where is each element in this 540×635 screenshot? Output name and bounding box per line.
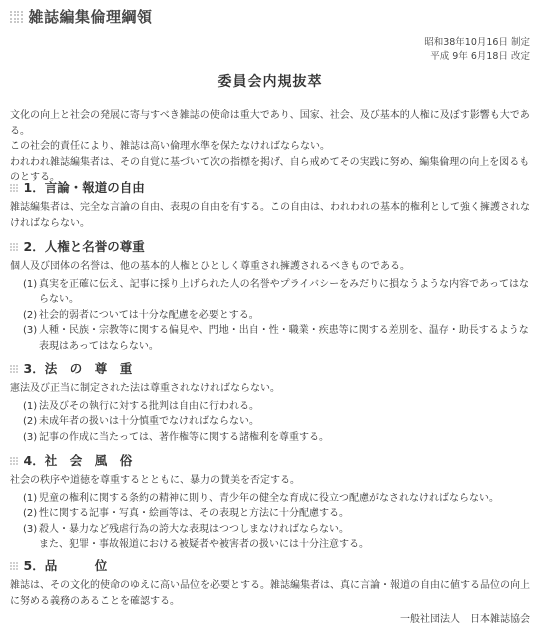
section-body: 個人及び団体の名誉は、他の基本的人権とひとしく尊重され擁護されるべきものである。 — [10, 259, 530, 275]
dotted-grid-icon — [10, 184, 18, 192]
page-title: 雑誌編集倫理綱領 — [29, 9, 153, 25]
section-5: 5．品 位 雑誌は、その文化的使命のゆえに高い品位を必要とする。雑誌編集者は、真… — [10, 556, 530, 609]
item-number: (1) — [23, 399, 39, 415]
item-text: 児童の権利に関する条約の精神に則り、青少年の健全な育成に役立つ配慮がなされなけれ… — [39, 491, 530, 507]
list-item: (3) 人種・民族・宗教等に関する偏見や、門地・出自・性・職業・疾患等に関する差… — [23, 323, 530, 354]
section-title: 4．社 会 風 俗 — [24, 453, 133, 469]
dotted-grid-icon — [10, 562, 18, 570]
intro-line: 文化の向上と社会の発展に寄与すべき雑誌の使命は重大であり、国家、社会、及び基本的… — [10, 108, 530, 139]
section-body: 憲法及び正当に制定された法は尊重されなければならない。 — [10, 381, 530, 397]
item-number: (2) — [23, 506, 39, 522]
intro-line: この社会的責任により、雑誌は高い倫理水準を保たなければならない。 — [10, 139, 530, 155]
dotted-grid-icon — [10, 243, 18, 251]
revised-date: 平成 9年 6月18日 改定 — [424, 50, 530, 64]
dotted-grid-icon — [10, 11, 23, 24]
item-number: (1) — [23, 277, 39, 308]
item-text: 法及びその執行に対する批判は自由に行われる。 — [39, 399, 530, 415]
subtitle: 委員会内規抜萃 — [0, 74, 540, 90]
list-item: (1) 児童の権利に関する条約の精神に則り、青少年の健全な育成に役立つ配慮がなさ… — [23, 491, 530, 507]
item-text: 真実を正確に伝え、記事に採り上げられた人の名誉やプライバシーをみだりに損なうよう… — [39, 277, 530, 308]
section-1: 1．言論・報道の自由 雑誌編集者は、完全な言論の自由、表現の自由を有する。この自… — [10, 178, 530, 231]
dates-block: 昭和38年10月16日 制定 平成 9年 6月18日 改定 — [424, 36, 530, 64]
item-text: 記事の作成に当たっては、著作権等に関する諸権利を尊重する。 — [39, 430, 530, 446]
section-title: 1．言論・報道の自由 — [24, 180, 145, 196]
item-number: (2) — [23, 414, 39, 430]
item-list: (1) 真実を正確に伝え、記事に採り上げられた人の名誉やプライバシーをみだりに損… — [10, 277, 530, 355]
item-text: 性に関する記事・写真・絵画等は、その表現と方法に十分配慮する。 — [39, 506, 530, 522]
section-title: 3．法 の 尊 重 — [24, 361, 133, 377]
list-item: (2) 未成年者の扱いは十分慎重でなければならない。 — [23, 414, 530, 430]
section-body: 雑誌編集者は、完全な言論の自由、表現の自由を有する。この自由は、われわれの基本的… — [10, 200, 530, 231]
enacted-date: 昭和38年10月16日 制定 — [424, 36, 530, 50]
item-text: 殺人・暴力など残虐行為の誇大な表現はつつしまなければならない。 また、犯罪・事故… — [39, 522, 530, 553]
item-text: 人種・民族・宗教等に関する偏見や、門地・出自・性・職業・疾患等に関する差別を、温… — [39, 323, 530, 354]
list-item: (2) 社会的弱者については十分な配慮を必要とする。 — [23, 308, 530, 324]
section-heading: 4．社 会 風 俗 — [10, 451, 530, 471]
page-header: 雑誌編集倫理綱領 — [10, 6, 153, 28]
item-number: (3) — [23, 430, 39, 446]
section-heading: 1．言論・報道の自由 — [10, 178, 530, 198]
section-body: 雑誌は、その文化的使命のゆえに高い品位を必要とする。雑誌編集者は、真に言論・報道… — [10, 578, 530, 609]
item-number: (3) — [23, 323, 39, 354]
section-4: 4．社 会 風 俗 社会の秩序や道徳を尊重するとともに、暴力の賛美を否定する。 … — [10, 451, 530, 553]
item-text: 未成年者の扱いは十分慎重でなければならない。 — [39, 414, 530, 430]
list-item: (1) 真実を正確に伝え、記事に採り上げられた人の名誉やプライバシーをみだりに損… — [23, 277, 530, 308]
section-heading: 3．法 の 尊 重 — [10, 359, 530, 379]
item-text-continuation: また、犯罪・事故報道における被疑者や被害者の扱いには十分注意する。 — [39, 537, 530, 553]
section-2: 2．人権と名誉の尊重 個人及び団体の名誉は、他の基本的人権とひとしく尊重され擁護… — [10, 237, 530, 354]
list-item: (1) 法及びその執行に対する批判は自由に行われる。 — [23, 399, 530, 415]
dotted-grid-icon — [10, 365, 18, 373]
item-list: (1) 法及びその執行に対する批判は自由に行われる。 (2) 未成年者の扱いは十… — [10, 399, 530, 446]
publisher-credit: 一般社団法人 日本雑誌協会 — [400, 612, 530, 628]
section-title: 2．人権と名誉の尊重 — [24, 239, 145, 255]
section-title: 5．品 位 — [24, 558, 108, 574]
dotted-grid-icon — [10, 457, 18, 465]
list-item: (3) 殺人・暴力など残虐行為の誇大な表現はつつしまなければならない。 また、犯… — [23, 522, 530, 553]
section-3: 3．法 の 尊 重 憲法及び正当に制定された法は尊重されなければならない。 (1… — [10, 359, 530, 445]
list-item: (2) 性に関する記事・写真・絵画等は、その表現と方法に十分配慮する。 — [23, 506, 530, 522]
section-heading: 2．人権と名誉の尊重 — [10, 237, 530, 257]
item-number: (2) — [23, 308, 39, 324]
item-number: (3) — [23, 522, 39, 553]
item-list: (1) 児童の権利に関する条約の精神に則り、青少年の健全な育成に役立つ配慮がなさ… — [10, 491, 530, 553]
intro-paragraph: 文化の向上と社会の発展に寄与すべき雑誌の使命は重大であり、国家、社会、及び基本的… — [10, 108, 530, 186]
list-item: (3) 記事の作成に当たっては、著作権等に関する諸権利を尊重する。 — [23, 430, 530, 446]
item-text-line: 殺人・暴力など残虐行為の誇大な表現はつつしまなければならない。 — [39, 522, 530, 538]
item-text: 社会的弱者については十分な配慮を必要とする。 — [39, 308, 530, 324]
section-body: 社会の秩序や道徳を尊重するとともに、暴力の賛美を否定する。 — [10, 473, 530, 489]
item-number: (1) — [23, 491, 39, 507]
section-heading: 5．品 位 — [10, 556, 530, 576]
